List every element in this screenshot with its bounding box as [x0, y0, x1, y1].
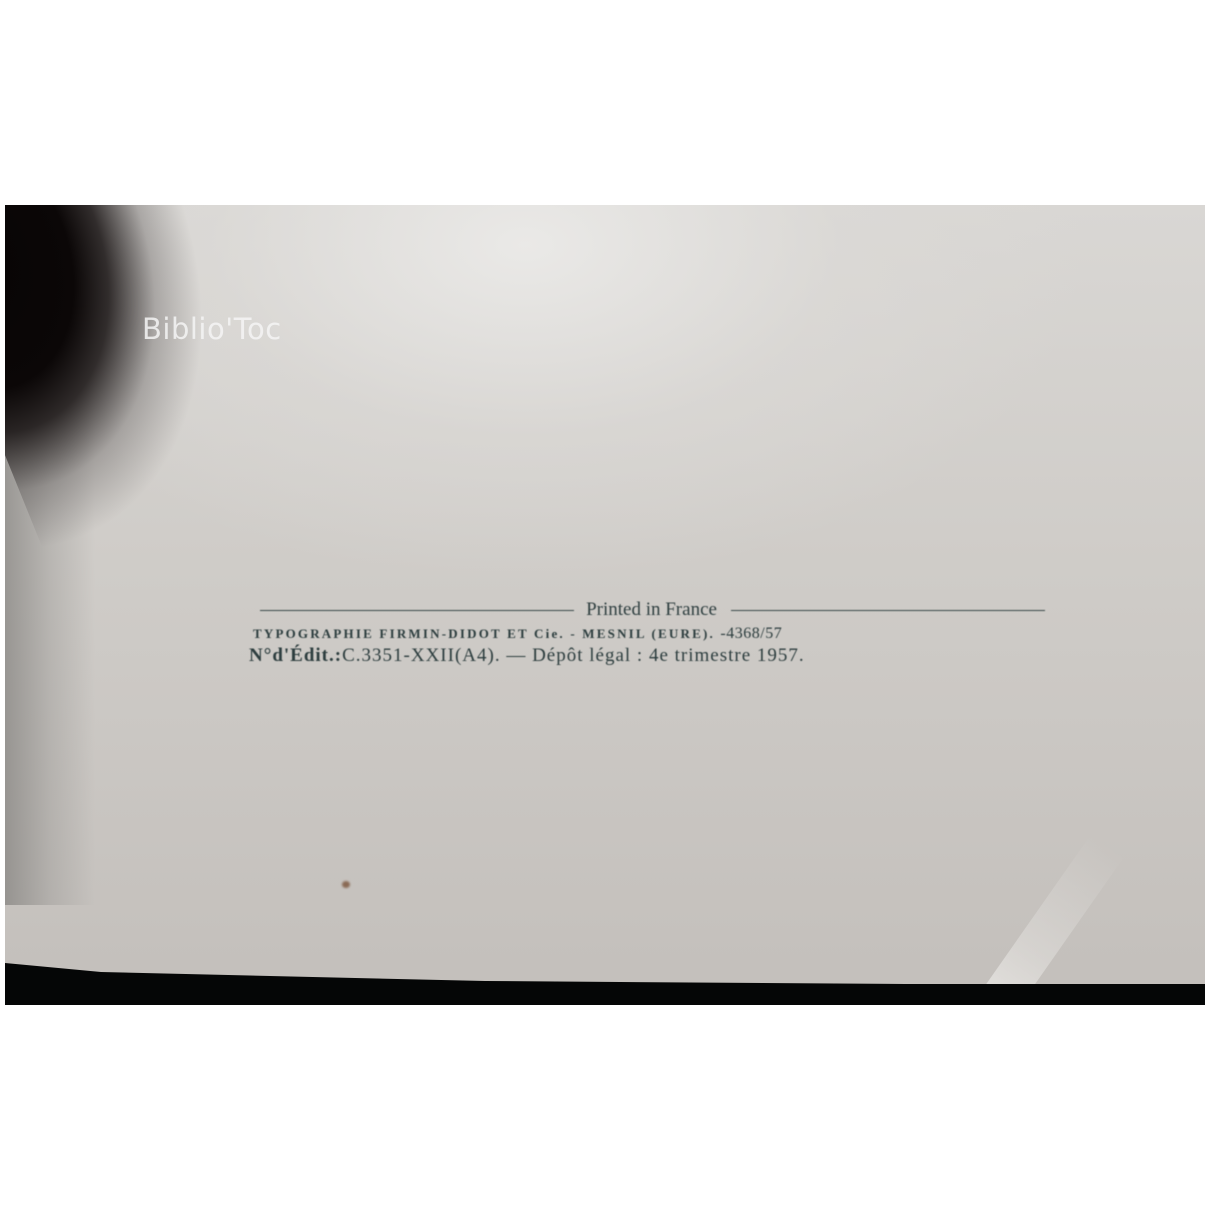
printer-name: TYPOGRAPHIE FIRMIN-DIDOT ET Cie. - MESNI…	[253, 626, 715, 641]
foxing-spot	[342, 881, 350, 888]
printer-line: TYPOGRAPHIE FIRMIN-DIDOT ET Cie. - MESNI…	[245, 625, 1055, 643]
edition-code: C.3351-XXII(A4). — Dépôt légal : 4e trim…	[342, 645, 805, 666]
printed-in-label: Printed in France	[586, 599, 717, 621]
edition-line: N°d'Édit.:C.3351-XXII(A4). — Dépôt légal…	[245, 645, 1055, 667]
rule-right	[731, 610, 1045, 611]
rule-left	[260, 610, 574, 611]
book-page-photo: Biblio'Toc Printed in France TYPOGRAPHIE…	[5, 205, 1205, 1005]
printed-in-row: Printed in France	[245, 595, 1055, 625]
watermark-logo: Biblio'Toc	[142, 312, 282, 346]
edition-label: N°d'Édit.:	[249, 645, 342, 666]
colophon-imprint: Printed in France TYPOGRAPHIE FIRMIN-DID…	[245, 595, 1055, 667]
printer-number: -4368/57	[720, 625, 782, 642]
